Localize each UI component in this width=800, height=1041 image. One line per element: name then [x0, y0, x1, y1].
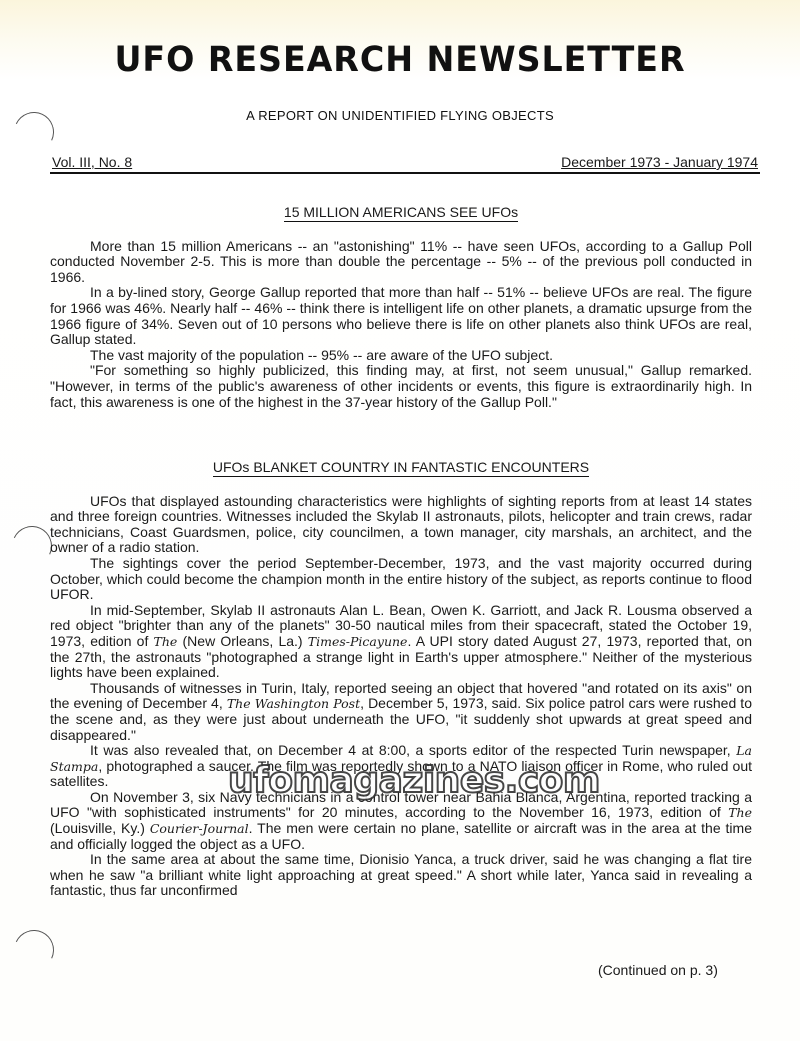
paragraph: In a by-lined story, George Gallup repor…: [50, 285, 752, 347]
continued-note: (Continued on p. 3): [598, 962, 718, 978]
newsletter-title: UFO RESEARCH NEWSLETTER: [20, 40, 780, 80]
publication-name: The: [154, 634, 178, 649]
paragraph: The sightings cover the period September…: [50, 556, 752, 603]
paragraph: "For something so highly publicized, thi…: [50, 363, 752, 410]
publication-name: Times-Picayune: [308, 634, 408, 649]
paragraph: The vast majority of the population -- 9…: [50, 348, 752, 364]
issue-date: December 1973 - January 1974: [561, 154, 758, 170]
publication-name: The: [728, 805, 752, 820]
publication-name: Courier-Journal: [150, 821, 249, 836]
watermark: ufomagazines.com: [228, 760, 600, 801]
article-heading: 15 MILLION AMERICANS SEE UFOs: [50, 205, 752, 221]
article-heading: UFOs BLANKET COUNTRY IN FANTASTIC ENCOUN…: [50, 460, 752, 476]
article-gallup-poll: 15 MILLION AMERICANS SEE UFOs More than …: [50, 205, 752, 410]
issue-bar: Vol. III, No. 8 December 1973 - January …: [50, 154, 760, 174]
paragraph: Thousands of witnesses in Turin, Italy, …: [50, 681, 752, 743]
paragraph: UFOs that displayed astounding character…: [50, 494, 752, 556]
punch-hole-mark: [8, 924, 59, 975]
paragraph: In the same area at about the same time,…: [50, 852, 752, 899]
newsletter-subtitle: A REPORT ON UNIDENTIFIED FLYING OBJECTS: [0, 108, 800, 123]
article-encounters: UFOs BLANKET COUNTRY IN FANTASTIC ENCOUN…: [50, 460, 752, 899]
publication-name: The Washington Post: [227, 696, 360, 711]
paragraph: More than 15 million Americans -- an "as…: [50, 239, 752, 286]
paragraph: In mid-September, Skylab II astronauts A…: [50, 603, 752, 681]
volume-number: Vol. III, No. 8: [52, 154, 132, 170]
